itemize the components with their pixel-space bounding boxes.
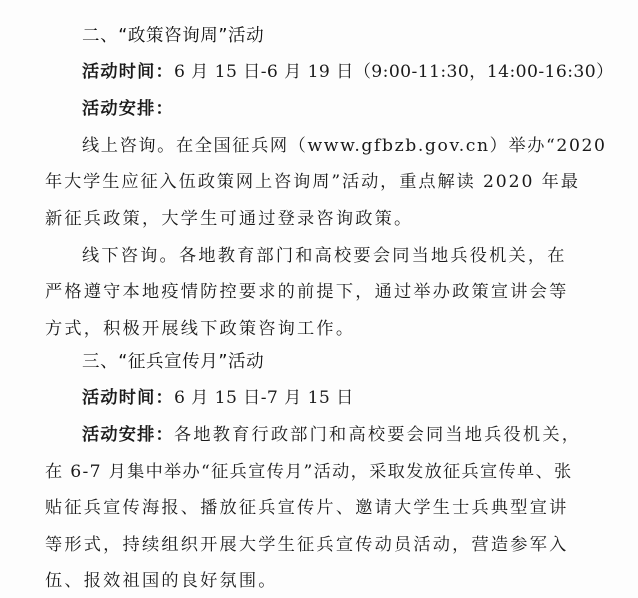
section-2-heading: 二、“政策咨询周”活动 [82, 23, 597, 49]
online-paragraph-line-3: 新征兵政策，大学生可通过登录咨询政策。 [45, 206, 560, 232]
section-3-arrangement-first-line: 各地教育行政部门和高校要会同当地兵役机关， [174, 425, 581, 445]
online-paragraph-line-2: 年大学生应征入伍政策网上咨询周”活动，重点解读 2020 年最 [45, 169, 560, 195]
document-page: 二、“政策咨询周”活动 活动时间：6 月 15 日-6 月 19 日（9:00-… [0, 0, 638, 598]
section-2-time: 活动时间：6 月 15 日-6 月 19 日（9:00-11:30，14:00-… [82, 59, 597, 85]
section-3-arrangement-line-5: 伍、报效祖国的良好氛围。 [45, 568, 560, 594]
section-3-arrangement: 活动安排：各地教育行政部门和高校要会同当地兵役机关， [82, 422, 597, 448]
section-3-arrangement-line-2: 在 6-7 月集中举办“征兵宣传月”活动，采取发放征兵宣传单、张 [45, 459, 560, 485]
section-3-time-value: 6 月 15 日-7 月 15 日 [174, 388, 354, 408]
online-paragraph-line-1: 线上咨询。在全国征兵网（www.gfbzb.gov.cn）举办“2020 [82, 133, 597, 159]
section-2-time-label: 活动时间： [82, 62, 174, 82]
section-3-time-label: 活动时间： [82, 388, 174, 408]
offline-paragraph-line-1: 线下咨询。各地教育部门和高校要会同当地兵役机关，在 [82, 243, 597, 269]
offline-paragraph-line-3: 方式，积极开展线下政策咨询工作。 [45, 316, 560, 342]
section-3-arrangement-label: 活动安排： [82, 425, 174, 445]
section-3-arrangement-line-3: 贴征兵宣传海报、播放征兵宣传片、邀请大学生士兵典型宣讲 [45, 495, 560, 521]
offline-paragraph-line-2: 严格遵守本地疫情防控要求的前提下，通过举办政策宣讲会等 [45, 279, 560, 305]
section-2-arrangement-label: 活动安排： [82, 96, 597, 122]
section-2-time-value: 6 月 15 日-6 月 19 日（9:00-11:30，14:00-16:30… [174, 62, 614, 82]
section-3-heading: 三、“征兵宣传月”活动 [82, 349, 597, 375]
section-3-arrangement-line-4: 等形式，持续组织开展大学生征兵宣传动员活动，营造参军入 [45, 532, 560, 558]
section-3-time: 活动时间：6 月 15 日-7 月 15 日 [82, 385, 597, 411]
